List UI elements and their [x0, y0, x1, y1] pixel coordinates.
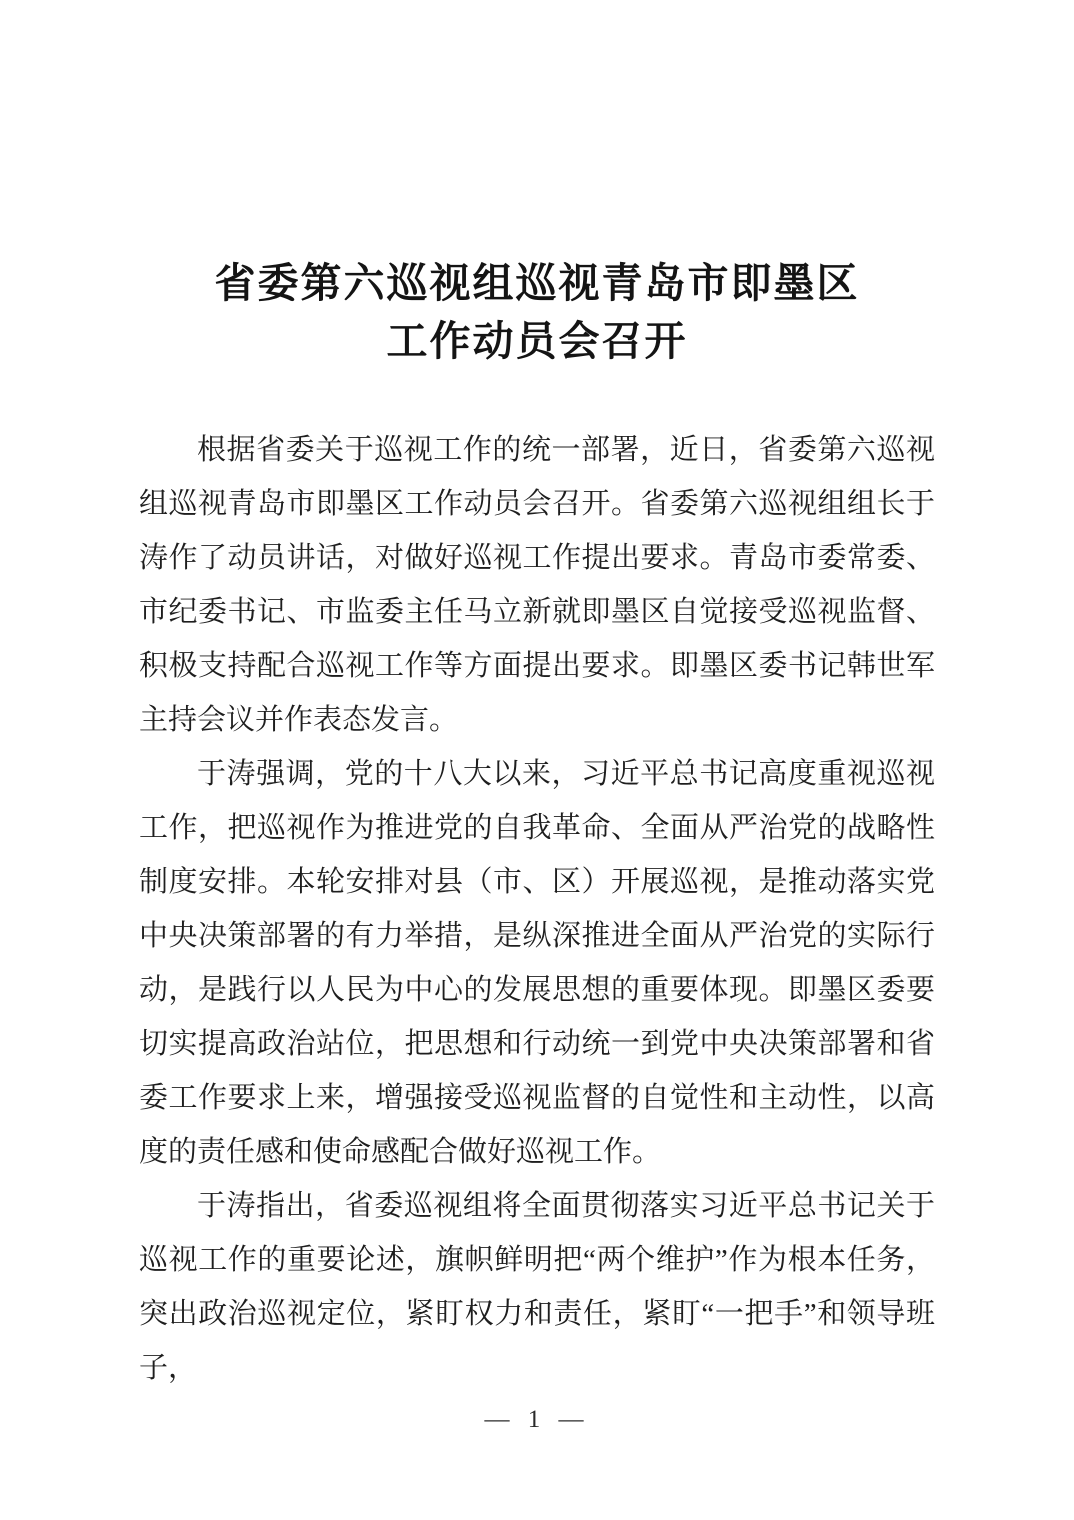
page-number: — 1 —	[0, 1406, 1074, 1434]
document-body: 根据省委关于巡视工作的统一部署，近日，省委第六巡视组巡视青岛市即墨区工作动员会召…	[139, 423, 935, 1395]
page-title-line-2: 工作动员会召开	[0, 312, 1074, 370]
paragraph-1: 根据省委关于巡视工作的统一部署，近日，省委第六巡视组巡视青岛市即墨区工作动员会召…	[139, 423, 935, 747]
document-page: 省委第六巡视组巡视青岛市即墨区 工作动员会召开 根据省委关于巡视工作的统一部署，…	[0, 0, 1074, 1520]
page-title: 省委第六巡视组巡视青岛市即墨区 工作动员会召开	[0, 254, 1074, 370]
page-title-line-1: 省委第六巡视组巡视青岛市即墨区	[0, 254, 1074, 312]
paragraph-2: 于涛强调，党的十八大以来，习近平总书记高度重视巡视工作，把巡视作为推进党的自我革…	[139, 747, 935, 1179]
paragraph-3: 于涛指出，省委巡视组将全面贯彻落实习近平总书记关于巡视工作的重要论述，旗帜鲜明把…	[139, 1179, 935, 1395]
